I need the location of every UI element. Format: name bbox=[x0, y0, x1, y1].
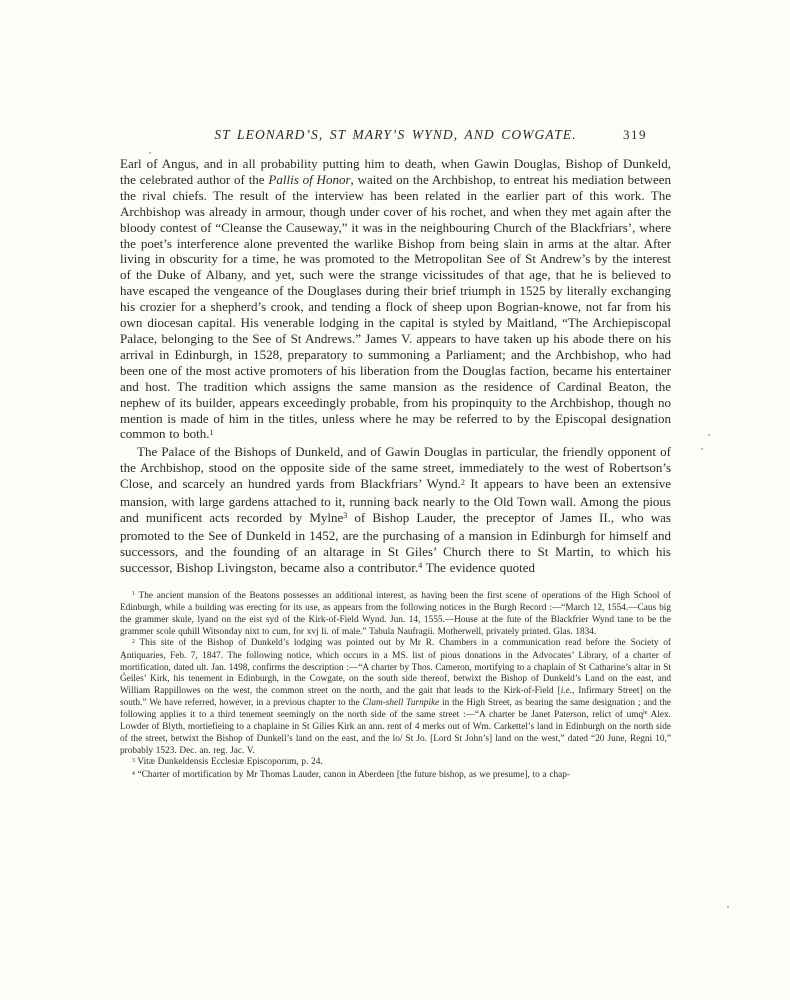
scan-speck bbox=[123, 658, 125, 660]
text-column: ST LEONARD’S, ST MARY’S WYND, AND COWGAT… bbox=[120, 126, 671, 783]
scan-speck bbox=[727, 906, 729, 908]
page-header-title: ST LEONARD’S, ST MARY’S WYND, AND COWGAT… bbox=[214, 127, 576, 142]
footnote-2: 2 This site of the Bishop of Dunkeld’s l… bbox=[120, 638, 671, 757]
scan-speck bbox=[708, 434, 710, 436]
running-header: ST LEONARD’S, ST MARY’S WYND, AND COWGAT… bbox=[120, 126, 671, 143]
page-body: Earl of Angus, and in all probability pu… bbox=[120, 156, 671, 578]
body-paragraph-1: Earl of Angus, and in all probability pu… bbox=[120, 156, 671, 444]
scan-speck bbox=[123, 672, 125, 674]
footnote-1: 1 The ancient mansion of the Beatons pos… bbox=[120, 591, 671, 639]
scan-speck bbox=[149, 152, 151, 154]
scan-speck bbox=[646, 166, 648, 168]
page-number: 319 bbox=[623, 127, 647, 143]
body-paragraph-2: The Palace of the Bishops of Dunkeld, an… bbox=[120, 444, 671, 577]
footnote-4: 4 “Charter of mortification by Mr Thomas… bbox=[120, 770, 671, 783]
book-page: ST LEONARD’S, ST MARY’S WYND, AND COWGAT… bbox=[0, 0, 790, 1000]
footnotes-section: 1 The ancient mansion of the Beatons pos… bbox=[120, 591, 671, 783]
footnote-3: 3 Vitæ Dunkeldensis Ecclesiæ Episcoporum… bbox=[120, 757, 671, 770]
scan-speck bbox=[701, 448, 703, 450]
